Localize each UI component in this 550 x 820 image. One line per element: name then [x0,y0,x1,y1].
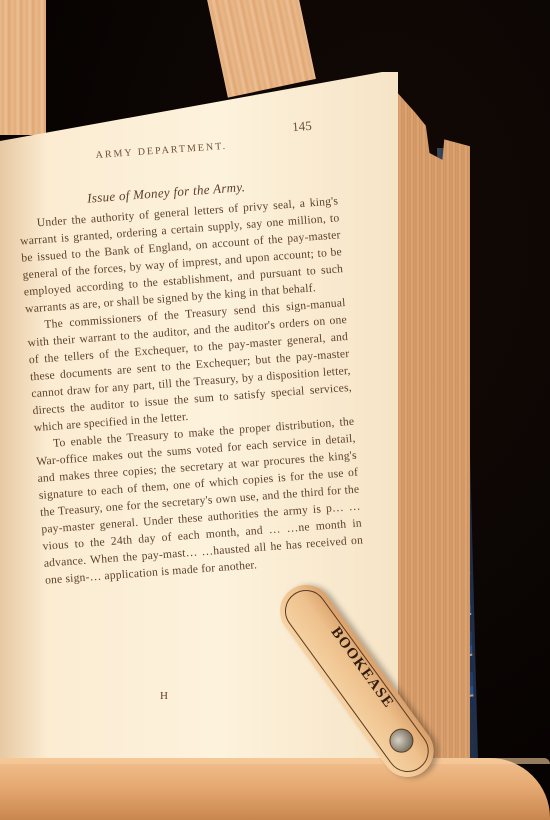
page-content: Issue of Money for the Army. Under the a… [12,107,365,589]
body-text: Under the authority of general letters o… [18,192,365,588]
stand-base-rim [0,758,550,764]
stand-left-post [0,0,46,135]
stand-base [0,758,550,820]
paragraph: To enable the Treasury to make the prope… [34,413,364,589]
signature-mark: H [160,690,168,702]
stand-back-support [205,0,316,98]
photo-scene: ARMY DEPARTMENT. 145 Issue of Money for … [0,0,550,820]
paragraph: The commissioners of the Treasury send t… [26,294,354,436]
